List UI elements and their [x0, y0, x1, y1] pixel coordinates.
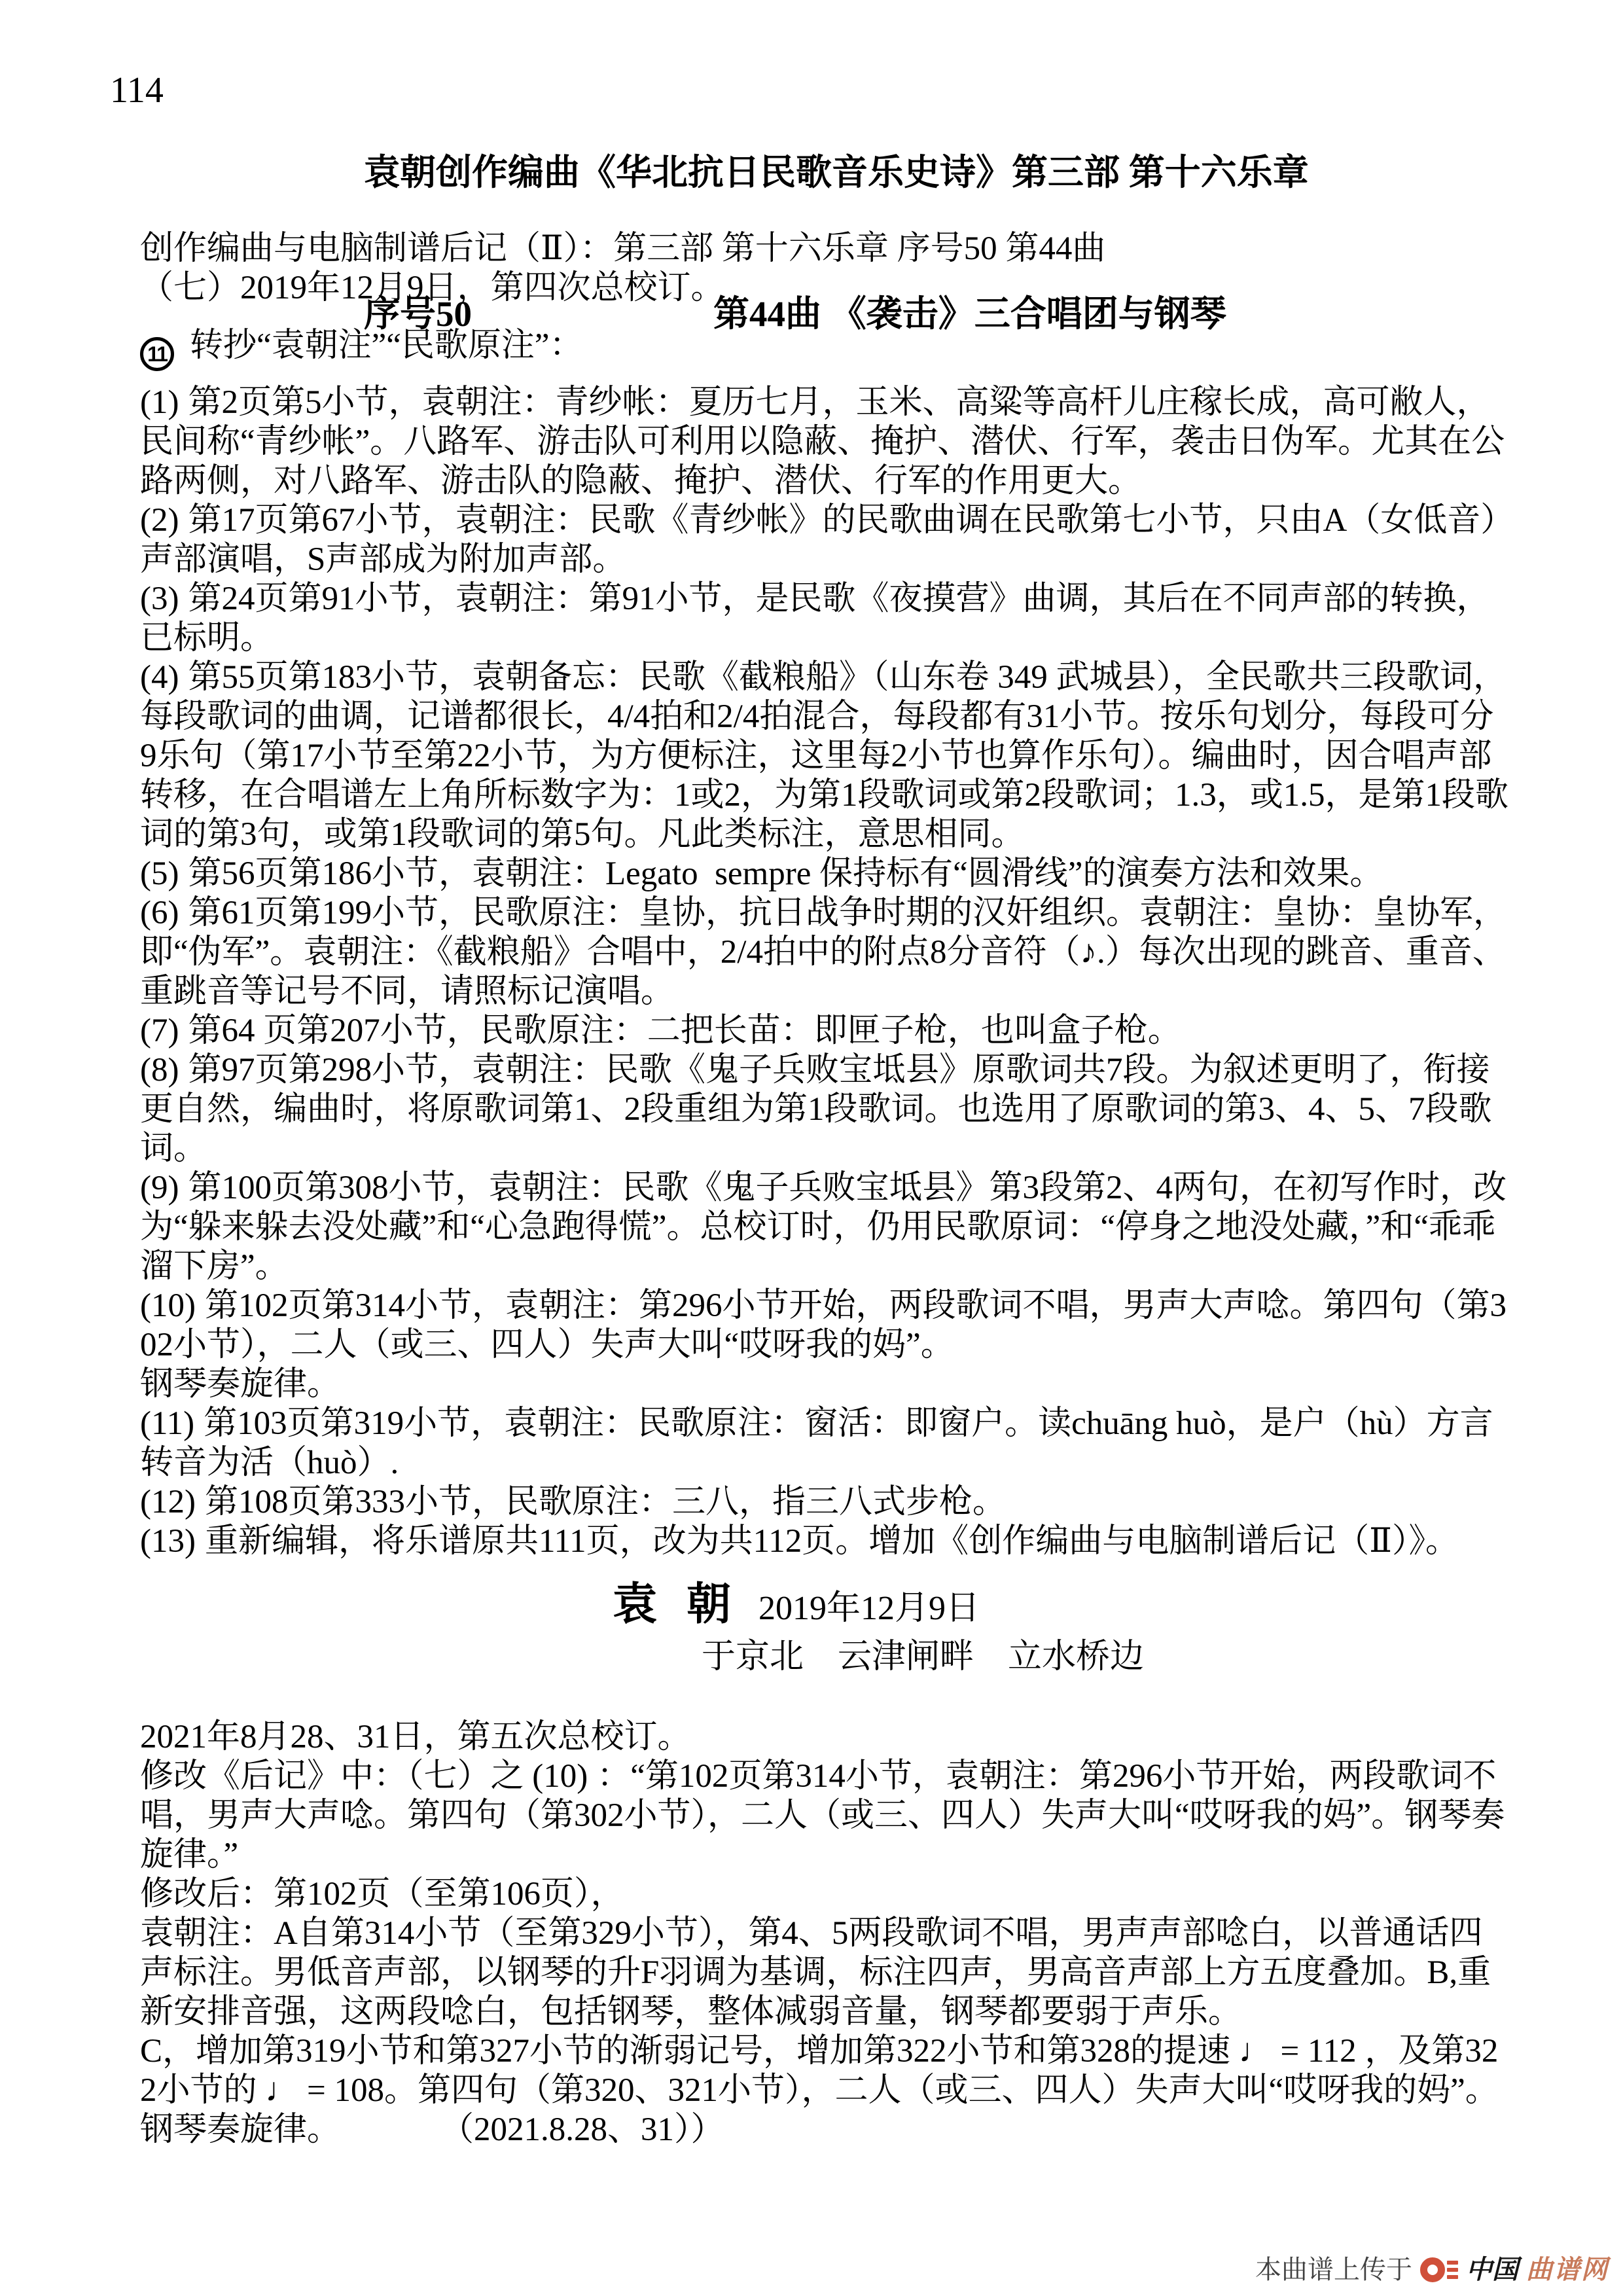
- item-number: (8): [140, 1052, 179, 1088]
- item-text: 第55页第183小节，袁朝备忘：民歌《截粮船》（山东卷 349 武城县），全民歌…: [140, 659, 1508, 853]
- revision-block: 2021年8月28、31日，第五次总校订。 修改《后记》中：（七）之 (10)：…: [140, 1717, 1509, 2149]
- item-text: 第61页第199小节，民歌原注：皇协，抗日战争时期的汉奸组织。袁朝注：皇协：皇协…: [140, 895, 1507, 1010]
- logo-bars: [1447, 2261, 1458, 2279]
- item-text: 第97页第298小节，袁朝注：民歌《鬼子兵败宝坻县》原歌词共7段。为叙述更明了，…: [140, 1052, 1492, 1167]
- note-item-12: (12)第108页第333小节，民歌原注：三八，指三八式步枪。: [140, 1482, 1509, 1522]
- header-line1: 袁朝创作编曲《华北抗日民歌音乐史诗》第三部 第十六乐章: [364, 149, 1309, 196]
- item-number: (4): [140, 659, 179, 696]
- item-text: 第102页第314小节，袁朝注：第296小节开始，两段歌词不唱，男声大声唸。第四…: [140, 1287, 1507, 1363]
- item-text: 第56页第186小节，袁朝注：Legato sempre 保持标有“圆滑线”的演…: [188, 855, 1383, 892]
- author-name: 袁 朝: [613, 1579, 740, 1629]
- item-number: (9): [140, 1170, 179, 1206]
- item-number: (12): [140, 1484, 196, 1520]
- signature-date: 2019年12月9日: [758, 1590, 980, 1627]
- note-item-7: (7)第64 页第207小节，民歌原注：二把长苗：即匣子枪，也叫盒子枪。: [140, 1011, 1509, 1050]
- note-item-1: (1)第2页第5小节，袁朝注：青纱帐：夏历七月，玉米、高粱等高杆儿庄稼长成，高可…: [140, 383, 1509, 501]
- note-item-9: (9)第100页第308小节，袁朝注：民歌《鬼子兵败宝坻县》第3段第2、4两句，…: [140, 1168, 1509, 1286]
- document-page: 114 袁朝创作编曲《华北抗日民歌音乐史诗》第三部 第十六乐章 序号50第44曲…: [0, 0, 1623, 2296]
- note-item-6: (6)第61页第199小节，民歌原注：皇协，抗日战争时期的汉奸组织。袁朝注：皇协…: [140, 893, 1509, 1011]
- logo-ring: [1420, 2257, 1445, 2282]
- item-text: 重新编辑，将乐谱原共111页，改为共112页。增加《创作编曲与电脑制谱后记（Ⅱ）…: [205, 1523, 1459, 1560]
- item-text: 第24页第91小节，袁朝注：第91小节，是民歌《夜摸营》曲调，其后在不同声部的转…: [140, 581, 1489, 656]
- watermark-brand-china: 中国: [1466, 2254, 1518, 2286]
- revision-after-line: 修改后：第102页（至第106页），: [140, 1874, 1509, 1914]
- item-number: (10): [140, 1287, 196, 1324]
- revision-quote: 修改《后记》中：（七）之 (10)：“第102页第314小节，袁朝注：第296小…: [140, 1757, 1509, 1874]
- item-number: (10): [532, 1758, 588, 1795]
- item-number: (3): [140, 581, 179, 617]
- watermark-prefix: 本曲谱上传于: [1255, 2254, 1412, 2286]
- piano-melody-line: 钢琴奏旋律。: [140, 1365, 1509, 1404]
- item-number: (5): [140, 855, 179, 892]
- item-number: (11): [140, 1405, 194, 1442]
- revision-note-a-b: 袁朝注：A自第314小节（至第329小节），第4、5两段歌词不唱，男声声部唸白，…: [140, 1914, 1509, 2032]
- section-heading: 11转抄“袁朝注”“民歌原注”：: [140, 326, 1509, 371]
- site-watermark: 本曲谱上传于 中国 曲谱网: [1255, 2254, 1609, 2286]
- note-item-3: (3)第24页第91小节，袁朝注：第91小节，是民歌《夜摸营》曲调，其后在不同声…: [140, 579, 1509, 658]
- note-item-11: (11)第103页第319小节，袁朝注：民歌原注：窗活：即窗户。读chuāng …: [140, 1404, 1509, 1482]
- item-text: 第100页第308小节，袁朝注：民歌《鬼子兵败宝坻县》第3段第2、4两句，在初写…: [140, 1170, 1507, 1285]
- circled-11-marker: 11: [140, 337, 174, 371]
- item-number: (13): [140, 1523, 196, 1560]
- note-item-13: (13)重新编辑，将乐谱原共111页，改为共112页。增加《创作编曲与电脑制谱后…: [140, 1522, 1509, 1561]
- item-number: (1): [140, 384, 179, 421]
- item-text: 第2页第5小节，袁朝注：青纱帐：夏历七月，玉米、高粱等高杆儿庄稼长成，高可敝人，…: [140, 384, 1505, 499]
- revision-quote-prefix: 修改《后记》中：（七）之: [140, 1758, 532, 1795]
- item-text: 第64 页第207小节，民歌原注：二把长苗：即匣子枪，也叫盒子枪。: [188, 1013, 1181, 1049]
- note-item-4: (4)第55页第183小节，袁朝备忘：民歌《截粮船》（山东卷 349 武城县），…: [140, 658, 1509, 854]
- signature-place: 于京北 云津闸畔 立水桥边: [140, 1638, 1509, 1677]
- item-number: (7): [140, 1013, 179, 1049]
- postscript-date-line: （七）2019年12月9日，第四次总校订。: [140, 268, 1509, 308]
- item-text: 第17页第67小节，袁朝注：民歌《青纱帐》的民歌曲调在民歌第七小节，只由A（女低…: [140, 502, 1497, 578]
- section-title: 转抄“袁朝注”“民歌原注”：: [190, 327, 583, 364]
- note-item-5: (5)第56页第186小节，袁朝注：Legato sempre 保持标有“圆滑线…: [140, 854, 1509, 893]
- revision-date-line: 2021年8月28、31日，第五次总校订。: [140, 1717, 1509, 1757]
- item-number: (6): [140, 895, 179, 931]
- revision-note-c: C，增加第319小节和第327小节的渐弱记号，增加第322小节和第328的提速 …: [140, 2032, 1509, 2149]
- page-number: 114: [110, 71, 164, 110]
- item-text: 第103页第319小节，袁朝注：民歌原注：窗活：即窗户。读chuāng huò，…: [140, 1405, 1493, 1481]
- signature-line: 袁 朝2019年12月9日: [140, 1585, 1509, 1628]
- watermark-brand-qupuwang: 曲谱网: [1526, 2254, 1609, 2286]
- postscript-body: 创作编曲与电脑制谱后记（Ⅱ）：第三部 第十六乐章 序号50 第44曲 （七）20…: [140, 229, 1509, 2149]
- qupu-logo-icon: [1420, 2257, 1458, 2282]
- note-item-2: (2)第17页第67小节，袁朝注：民歌《青纱帐》的民歌曲调在民歌第七小节，只由A…: [140, 501, 1509, 579]
- item-number: (2): [140, 502, 179, 539]
- note-item-8: (8)第97页第298小节，袁朝注：民歌《鬼子兵败宝坻县》原歌词共7段。为叙述更…: [140, 1050, 1509, 1168]
- note-item-10: (10)第102页第314小节，袁朝注：第296小节开始，两段歌词不唱，男声大声…: [140, 1286, 1509, 1365]
- postscript-title-line: 创作编曲与电脑制谱后记（Ⅱ）：第三部 第十六乐章 序号50 第44曲: [140, 229, 1509, 268]
- item-text: 第108页第333小节，民歌原注：三八，指三八式步枪。: [205, 1484, 1006, 1520]
